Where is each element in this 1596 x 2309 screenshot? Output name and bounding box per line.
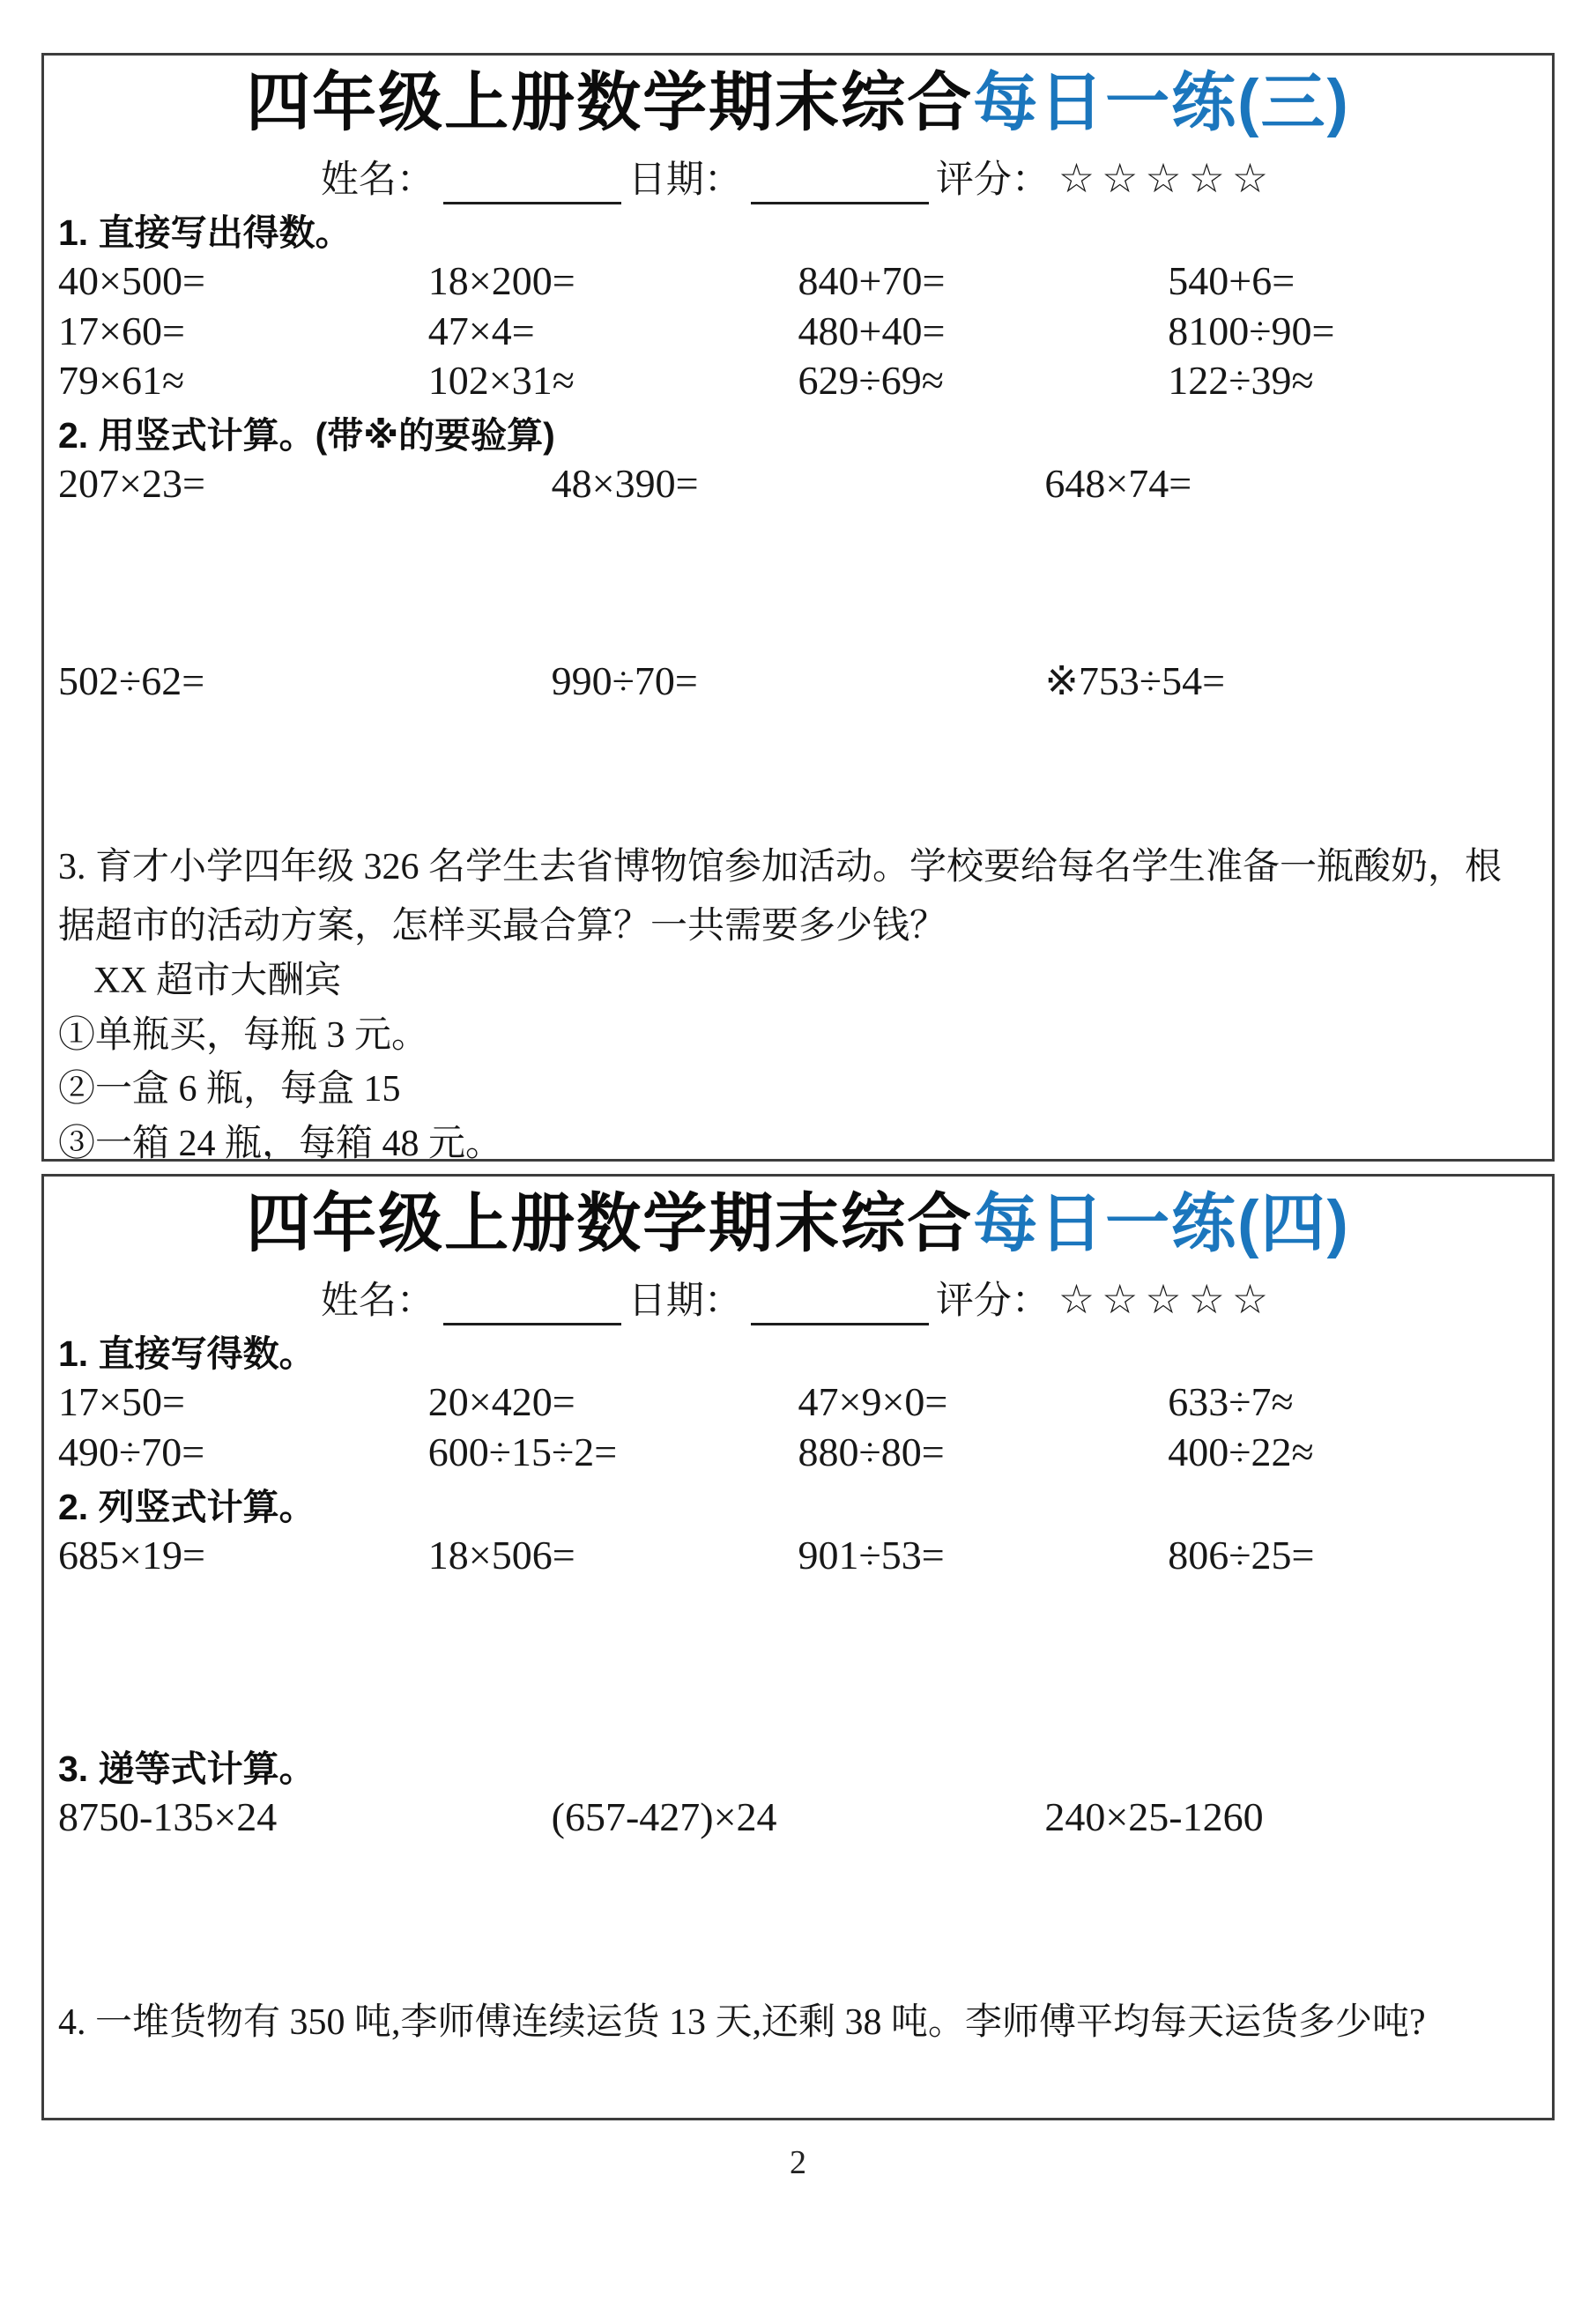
math-problem: (657-427)×24 [552,1793,1045,1842]
math-problem: 633÷7≈ [1168,1377,1538,1427]
math-problem: 540+6= [1168,256,1538,306]
math-problem: 17×50= [58,1377,428,1427]
math-problem: 240×25-1260 [1044,1793,1538,1842]
name-label: 姓名： [321,1279,434,1325]
math-problem: 102×31≈ [428,356,798,405]
date-blank-line [751,1294,929,1325]
worksheet-title: 四年级上册数学期末综合每日一练(三) [58,63,1538,144]
worksheet-title-highlight: 每日一练(三) [973,67,1350,138]
oral-calc-grid: 40×500= 18×200= 840+70= 540+6= 17×60= 47… [58,256,1538,405]
work-space [58,509,1538,657]
worksheet-title-black: 四年级上册数学期末综合 [246,67,973,138]
option-line-2: ②一盒 6 瓶，每盒 15 [58,1066,1538,1114]
math-problem: 18×506= [428,1531,798,1580]
math-problem: 600÷15÷2= [428,1428,798,1477]
math-problem: 648×74= [1044,459,1538,509]
score-label: 评分： [936,158,1050,204]
math-problem: 480+40= [798,307,1169,356]
name-blank-line [443,173,621,204]
option-line-3: ③一箱 24 瓶，每箱 48 元。 [58,1121,1538,1162]
math-problem: 40×500= [58,256,428,306]
promo-heading: XX 超市大酬宾 [58,957,1538,1006]
math-problem: 629÷69≈ [798,356,1169,405]
work-space [58,1842,1538,1990]
date-label: 日期： [628,1279,742,1325]
name-blank-line [443,1294,621,1325]
math-problem: 840+70= [798,256,1169,306]
option-line-1: ①单瓶买，每瓶 3 元。 [58,1013,1538,1060]
math-problem: 47×4= [428,307,798,356]
section-2-heading: 2. 列竖式计算。 [58,1484,1538,1531]
date-label: 日期： [628,158,742,204]
math-problem: 400÷22≈ [1168,1428,1538,1477]
date-blank-line [751,173,929,204]
math-problem: 79×61≈ [58,356,428,405]
work-space [58,706,1538,835]
score-label: 评分： [936,1279,1050,1325]
student-header-row: 姓名： 日期： 评分： ☆☆☆☆☆ [58,154,1538,203]
column-calc-row: 685×19= 18×506= 901÷53= 806÷25= [58,1531,1538,1580]
math-problem: ※753÷54= [1044,657,1538,706]
worksheet-title-black: 四年级上册数学期末综合 [246,1188,973,1259]
score-stars: ☆☆☆☆☆ [1058,1275,1275,1324]
math-problem: 880÷80= [798,1428,1169,1477]
math-problem: 901÷53= [798,1531,1169,1580]
math-problem: 17×60= [58,307,428,356]
section-1-heading: 1. 直接写出得数。 [58,210,1538,256]
section-1-heading: 1. 直接写得数。 [58,1331,1538,1377]
column-calc-row-2: 502÷62= 990÷70= ※753÷54= [58,657,1538,706]
section-3-heading: 3. 递等式计算。 [58,1746,1538,1793]
score-stars: ☆☆☆☆☆ [1058,154,1275,203]
section-2-heading: 2. 用竖式计算。(带※的要验算) [58,412,1538,459]
worksheet-title: 四年级上册数学期末综合每日一练(四) [58,1184,1538,1265]
math-problem: 685×19= [58,1531,428,1580]
name-label: 姓名： [321,158,434,204]
math-problem: 806÷25= [1168,1531,1538,1580]
worksheet-card-3: 四年级上册数学期末综合每日一练(三) 姓名： 日期： 评分： ☆☆☆☆☆ 1. … [41,53,1555,1162]
step-calc-row: 8750-135×24 (657-427)×24 240×25-1260 [58,1793,1538,1842]
worksheet-title-highlight: 每日一练(四) [973,1188,1350,1259]
math-problem: 18×200= [428,256,798,306]
word-problem-4: 4. 一堆货物有 350 吨,李师傅连续运货 13 天,还剩 38 吨。李师傅平… [58,1993,1538,2052]
math-problem: 502÷62= [58,657,552,706]
math-problem: 122÷39≈ [1168,356,1538,405]
math-problem: 20×420= [428,1377,798,1427]
math-problem: 8750-135×24 [58,1793,552,1842]
word-problem-3: 3. 育才小学四年级 326 名学生去省博物馆参加活动。学校要给每名学生准备一瓶… [58,838,1538,955]
math-problem: 48×390= [552,459,1045,509]
math-problem: 47×9×0= [798,1377,1169,1427]
oral-calc-grid: 17×50= 20×420= 47×9×0= 633÷7≈ 490÷70= 60… [58,1377,1538,1476]
worksheet-card-4: 四年级上册数学期末综合每日一练(四) 姓名： 日期： 评分： ☆☆☆☆☆ 1. … [41,1174,1555,2120]
page-number: 2 [0,2143,1596,2182]
student-header-row: 姓名： 日期： 评分： ☆☆☆☆☆ [58,1275,1538,1324]
math-problem: 990÷70= [552,657,1045,706]
math-problem: 8100÷90= [1168,307,1538,356]
math-problem: 207×23= [58,459,552,509]
work-space [58,1580,1538,1739]
math-problem: 490÷70= [58,1428,428,1477]
column-calc-row-1: 207×23= 48×390= 648×74= [58,459,1538,509]
